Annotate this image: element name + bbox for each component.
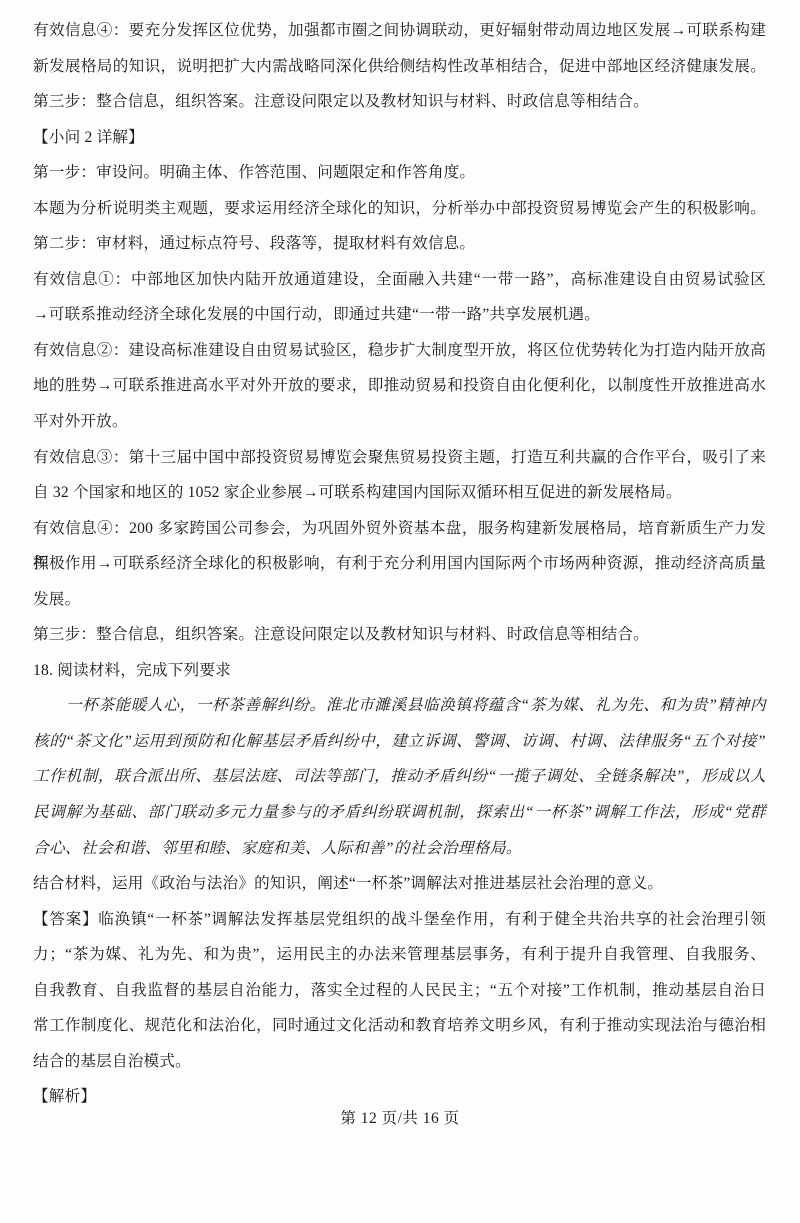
text-line: 第二步：审材料，通过标点符号、段落等，提取材料有效信息。 bbox=[33, 226, 766, 262]
text-line: 工作机制，联合派出所、基层法庭、司法等部门，推动矛盾纠纷“一揽子调处、全链条解决… bbox=[33, 759, 766, 795]
text-line: 平对外开放。 bbox=[33, 404, 766, 440]
text-line: 常工作制度化、规范化和法治化，同时通过文化活动和教育培养文明乡风，有利于推动实现… bbox=[33, 1008, 766, 1044]
text-line: →可联系推动经济全球化发展的中国行动，即通过共建“一带一路”共享发展机遇。 bbox=[33, 297, 766, 333]
text-line: 核的“茶文化”运用到预防和化解基层矛盾纠纷中，建立诉调、警调、访调、村调、法律服… bbox=[33, 724, 766, 760]
text-line: 积极作用→可联系经济全球化的积极影响，有利于充分利用国内国际两个市场两种资源，推… bbox=[33, 546, 766, 582]
text-line: 有效信息③：第十三届中国中部投资贸易博览会聚焦贸易投资主题，打造互利共赢的合作平… bbox=[33, 440, 766, 476]
scan-speck-artifact bbox=[565, 22, 567, 24]
text-line: 第三步：整合信息，组织答案。注意设问限定以及教材知识与材料、时政信息等相结合。 bbox=[33, 617, 766, 653]
text-line: 自 32 个国家和地区的 1052 家企业参展→可联系构建国内国际双循环相互促进… bbox=[33, 475, 766, 511]
page-footer: 第 12 页/共 16 页 bbox=[0, 1107, 800, 1131]
text-line: 有效信息②：建设高标准建设自由贸易试验区，稳步扩大制度型开放，将区位优势转化为打… bbox=[33, 333, 766, 369]
document-lines: 有效信息④：要充分发挥区位优势，加强都市圈之间协调联动，更好辐射带动周边地区发展… bbox=[33, 13, 766, 1115]
text-line: 结合的基层自治模式。 bbox=[33, 1044, 766, 1080]
text-line: 新发展格局的知识，说明把扩大内需战略同深化供给侧结构性改革相结合，促进中部地区经… bbox=[33, 49, 766, 85]
document-page: 有效信息④：要充分发挥区位优势，加强都市圈之间协调联动，更好辐射带动周边地区发展… bbox=[0, 0, 800, 1223]
text-line: 【小问 2 详解】 bbox=[33, 120, 766, 156]
text-line: 本题为分析说明类主观题，要求运用经济全球化的知识，分析举办中部投资贸易博览会产生… bbox=[33, 191, 766, 227]
text-line: 第一步：审设问。明确主体、作答范围、问题限定和作答角度。 bbox=[33, 155, 766, 191]
text-line: 有效信息④：要充分发挥区位优势，加强都市圈之间协调联动，更好辐射带动周边地区发展… bbox=[33, 13, 766, 49]
text-line: 力；“茶为媒、礼为先、和为贵”，运用民主的办法来管理基层事务，有利于提升自我管理… bbox=[33, 937, 766, 973]
text-line: 第三步：整合信息，组织答案。注意设问限定以及教材知识与材料、时政信息等相结合。 bbox=[33, 84, 766, 120]
text-line: 有效信息④：200 多家跨国公司参会，为巩固外贸外资基本盘，服务构建新发展格局，… bbox=[33, 511, 766, 547]
text-line: 结合材料，运用《政治与法治》的知识，阐述“一杯茶”调解法对推进基层社会治理的意义… bbox=[33, 866, 766, 902]
text-line: 有效信息①：中部地区加快内陆开放通道建设，全面融入共建“一带一路”，高标准建设自… bbox=[33, 262, 766, 298]
text-line: 民调解为基础、部门联动多元力量参与的矛盾纠纷联调机制，探索出“一杯茶”调解工作法… bbox=[33, 795, 766, 831]
text-line: 合心、社会和谐、邻里和睦、家庭和美、人际和善”的社会治理格局。 bbox=[33, 831, 766, 867]
text-line: 地的胜势→可联系推进高水平对外开放的要求，即推动贸易和投资自由化便利化，以制度性… bbox=[33, 368, 766, 404]
text-line: 一杯茶能暖人心，一杯茶善解纠纷。淮北市濉溪县临涣镇将蕴含“茶为媒、礼为先、和为贵… bbox=[33, 688, 766, 724]
text-line: 18. 阅读材料，完成下列要求 bbox=[33, 653, 766, 689]
text-line: 【答案】临涣镇“一杯茶”调解法发挥基层党组织的战斗堡垒作用，有利于健全共治共享的… bbox=[33, 902, 766, 938]
text-line: 自我教育、自我监督的基层自治能力，落实全过程的人民民主；“五个对接”工作机制，推… bbox=[33, 973, 766, 1009]
text-line: 发展。 bbox=[33, 582, 766, 618]
